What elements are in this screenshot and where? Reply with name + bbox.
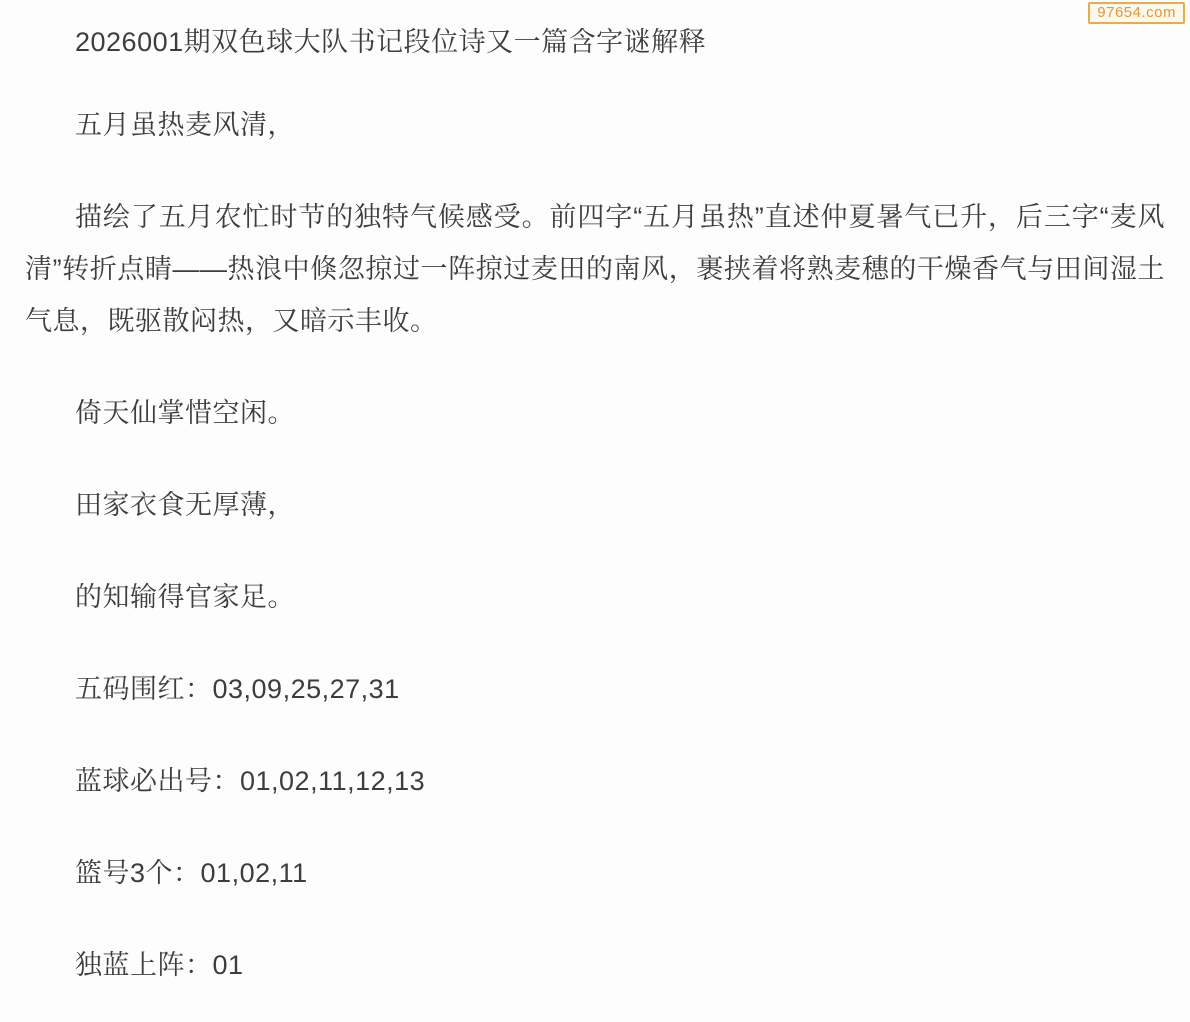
blue-must-label: 蓝球必出号： [75,766,240,796]
explanation-paragraph: 描绘了五月农忙时节的独特气候感受。前四字“五月虽热”直述仲夏暑气已升，后三字“麦… [25,191,1165,347]
page-title: 2026001期双色球大队书记段位诗又一篇含字谜解释 [25,16,1165,68]
single-blue-label: 独蓝上阵： [75,950,213,980]
single-blue-number: 01 [213,950,244,980]
red-balls-label: 五码围红： [75,674,213,704]
basket-numbers-label: 篮号3个： [75,858,201,888]
poem-line-3: 田家衣食无厚薄， [25,479,1165,531]
red-balls-numbers: 03,09,25,27,31 [213,674,400,704]
red-balls-prediction: 五码围红：03,09,25,27,31 [25,663,1165,715]
blue-must-prediction: 蓝球必出号：01,02,11,12,13 [25,755,1165,807]
blue-must-numbers: 01,02,11,12,13 [240,766,425,796]
basket-numbers-values: 01,02,11 [201,858,308,888]
article-body: 2026001期双色球大队书记段位诗又一篇含字谜解释 五月虽热麦风清， 描绘了五… [0,0,1190,991]
poem-line-2: 倚天仙掌惜空闲。 [25,387,1165,439]
single-blue-prediction: 独蓝上阵：01 [25,939,1165,991]
site-watermark-badge: 97654.com [1088,2,1185,24]
poem-line-1: 五月虽热麦风清， [25,99,1165,151]
basket-numbers-prediction: 篮号3个：01,02,11 [25,847,1165,899]
poem-line-4: 的知输得官家足。 [25,571,1165,623]
